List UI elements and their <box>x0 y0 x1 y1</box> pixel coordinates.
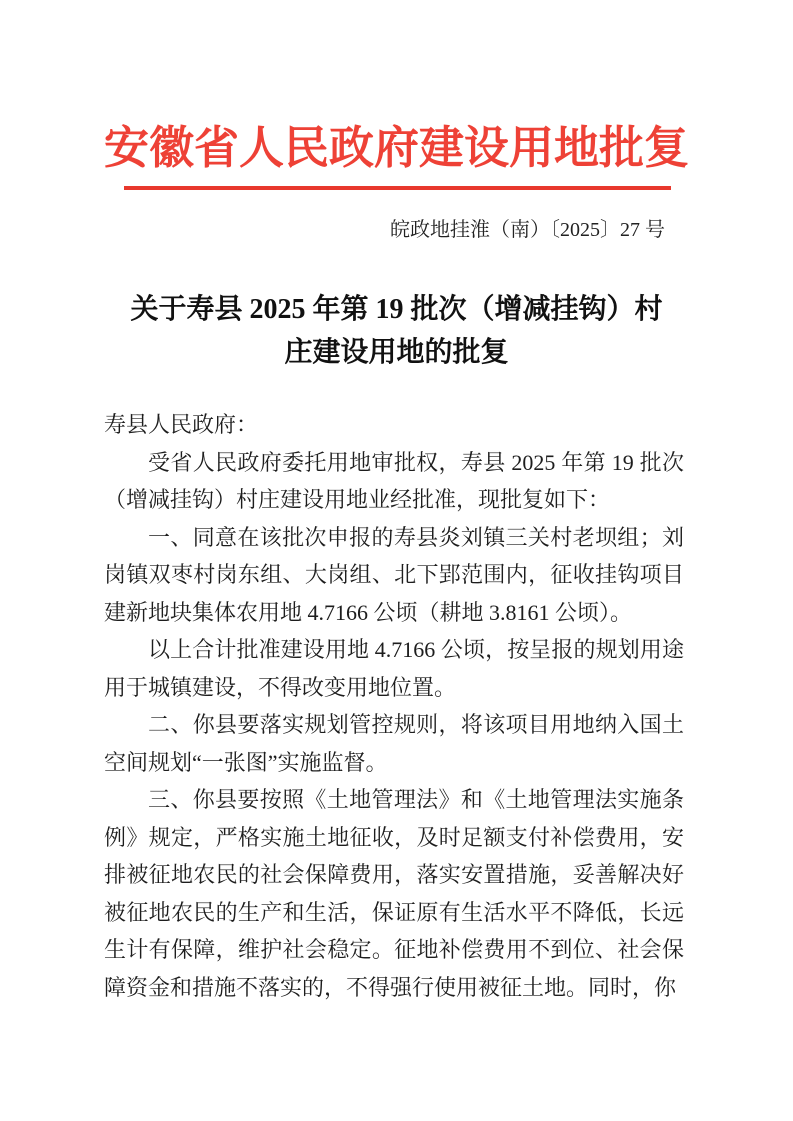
paragraph-intro: 受省人民政府委托用地审批权，寿县 2025 年第 19 批次（增减挂钩）村庄建设… <box>104 444 684 519</box>
subject-line-2: 庄建设用地的批复 <box>50 331 743 374</box>
document-page: 安徽省人民政府建设用地批复 皖政地挂淮（南）〔2025〕27 号 关于寿县 20… <box>0 0 793 1121</box>
paragraph-item-2: 二、你县要落实规划管控规则，将该项目用地纳入国土空间规划“一张图”实施监督。 <box>104 706 684 781</box>
letterhead-title: 安徽省人民政府建设用地批复 <box>0 122 793 174</box>
letterhead-divider <box>124 186 671 190</box>
document-body: 寿县人民政府： 受省人民政府委托用地审批权，寿县 2025 年第 19 批次（增… <box>104 406 684 1006</box>
paragraph-item-1-total: 以上合计批准建设用地 4.7166 公顷，按呈报的规划用途用于城镇建设，不得改变… <box>104 631 684 706</box>
paragraph-item-1: 一、同意在该批次申报的寿县炎刘镇三关村老坝组；刘岗镇双枣村岗东组、大岗组、北下郢… <box>104 519 684 632</box>
subject-line-1: 关于寿县 2025 年第 19 批次（增减挂钩）村 <box>50 288 743 331</box>
document-number: 皖政地挂淮（南）〔2025〕27 号 <box>390 217 665 243</box>
document-subject-title: 关于寿县 2025 年第 19 批次（增减挂钩）村 庄建设用地的批复 <box>50 288 743 374</box>
salutation: 寿县人民政府： <box>104 406 684 444</box>
paragraph-item-3: 三、你县要按照《土地管理法》和《土地管理法实施条例》规定，严格实施土地征收，及时… <box>104 781 684 1006</box>
